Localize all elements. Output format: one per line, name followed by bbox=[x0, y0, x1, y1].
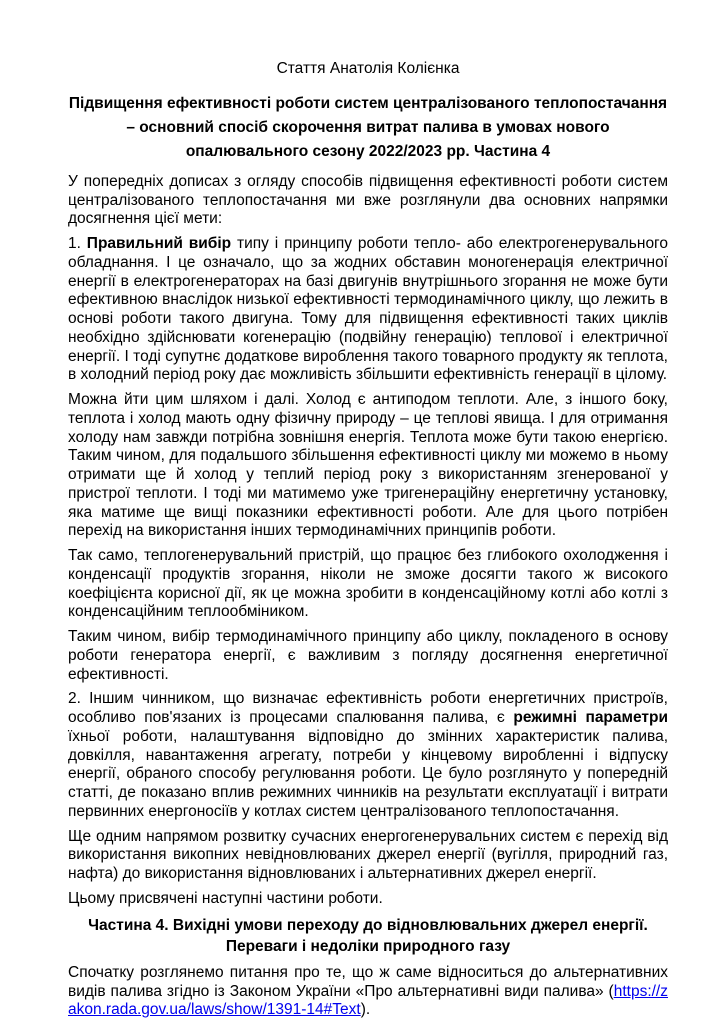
paragraph: Ще одним напрямом розвитку сучасних енер… bbox=[68, 828, 668, 884]
text-run: Так само, теплогенерувальний пристрій, щ… bbox=[68, 547, 668, 620]
text-run: Спочатку розглянемо питання про те, що ж… bbox=[68, 964, 668, 1000]
document-content: У попередніх дописах з огляду способів п… bbox=[68, 173, 668, 1020]
bold-text-run: режимні параметри bbox=[513, 709, 668, 726]
text-run: Таким чином, вибір термодинамічного прин… bbox=[68, 628, 668, 683]
text-run: 1. bbox=[68, 235, 87, 252]
section-heading: Частина 4. Вихідні умови переходу до від… bbox=[68, 915, 668, 958]
text-run: Ще одним напрямом розвитку сучасних енер… bbox=[68, 828, 668, 883]
paragraph: Таким чином, вибір термодинамічного прин… bbox=[68, 628, 668, 684]
document-page: Стаття Анатолія Колієнка Підвищення ефек… bbox=[0, 0, 724, 1024]
text-run: Цьому присвячені наступні частини роботи… bbox=[68, 890, 383, 907]
paragraph: У попередніх дописах з огляду способів п… bbox=[68, 173, 668, 229]
paragraph: Можна йти цим шляхом і далі. Холод є ант… bbox=[68, 391, 668, 541]
text-run: типу і принципу роботи тепло- або електр… bbox=[68, 235, 668, 383]
text-run: У попередніх дописах з огляду способів п… bbox=[68, 173, 668, 228]
text-run: ). bbox=[361, 1001, 370, 1018]
paragraph: Спочатку розглянемо питання про те, що ж… bbox=[68, 964, 668, 1020]
text-run: Можна йти цим шляхом і далі. Холод є ант… bbox=[68, 391, 668, 539]
byline: Стаття Анатолія Колієнка bbox=[68, 60, 668, 79]
paragraph: Так само, теплогенерувальний пристрій, щ… bbox=[68, 547, 668, 622]
text-run: їхньої роботи, налаштування відповідно д… bbox=[68, 728, 668, 820]
paragraph: 2. Іншим чинником, що визначає ефективні… bbox=[68, 690, 668, 821]
paragraph: Цьому присвячені наступні частини роботи… bbox=[68, 890, 668, 909]
bold-text-run: Правильний вибір bbox=[87, 235, 231, 252]
paragraph: 1. Правильний вибір типу і принципу робо… bbox=[68, 235, 668, 385]
document-title: Підвищення ефективності роботи систем це… bbox=[68, 92, 668, 164]
text-run: Частина 4. Вихідні умови переходу до від… bbox=[88, 917, 648, 956]
